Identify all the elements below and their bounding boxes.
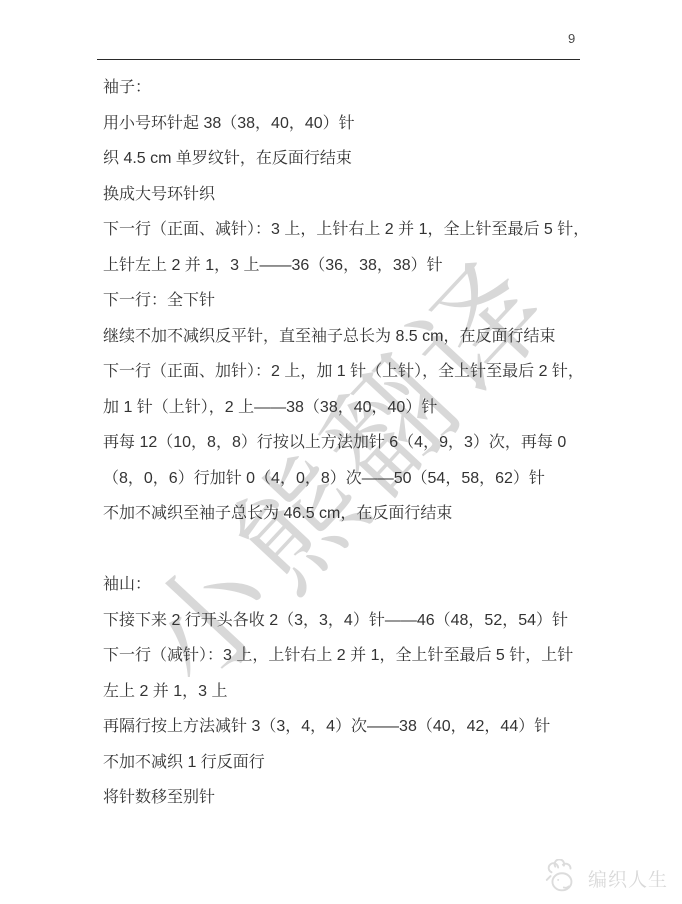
- text-line: [103, 532, 593, 568]
- text-line: 袖子：: [103, 70, 593, 106]
- text-line: 袖山：: [103, 567, 593, 603]
- text-line: 不加不减织至袖子总长为 46.5 cm，在反面行结束: [103, 496, 593, 532]
- sheep-icon: [542, 859, 580, 897]
- text-line: 下一行：全下针: [103, 283, 593, 319]
- text-line: 将针数移至别针: [103, 780, 593, 816]
- text-line: 上针左上 2 并 1，3 上——36（36，38，38）针: [103, 248, 593, 284]
- page-number: 9: [568, 31, 575, 46]
- text-line: 再每 12（10，8，8）行按以上方法加针 6（4，9，3）次，再每 0: [103, 425, 593, 461]
- text-line: 左上 2 并 1，3 上: [103, 674, 593, 710]
- text-line: 下一行（减针）：3 上，上针右上 2 并 1，全上针至最后 5 针，上针: [103, 638, 593, 674]
- header-rule: [97, 59, 580, 60]
- document-page: 9 小熊翻译 袖子：用小号环针起 38（38，40，40）针织 4.5 cm 单…: [0, 0, 682, 904]
- document-lines: 袖子：用小号环针起 38（38，40，40）针织 4.5 cm 单罗纹针，在反面…: [103, 70, 593, 816]
- text-line: 下接下来 2 行开头各收 2（3，3，4）针——46（48，52，54）针: [103, 603, 593, 639]
- text-line: 下一行（正面、减针）：3 上，上针右上 2 并 1，全上针至最后 5 针，: [103, 212, 593, 248]
- text-line: 不加不减织 1 行反面行: [103, 745, 593, 781]
- text-line: 用小号环针起 38（38，40，40）针: [103, 106, 593, 142]
- text-line: 下一行（正面、加针）：2 上，加 1 针（上针），全上针至最后 2 针，: [103, 354, 593, 390]
- brand-name: 编织人生: [588, 865, 668, 892]
- text-line: （8，0，6）行加针 0（4，0，8）次——50（54，58，62）针: [103, 461, 593, 497]
- brand-logo: 编织人生: [542, 858, 668, 898]
- text-line: 再隔行按上方法减针 3（3，4，4）次——38（40，42，44）针: [103, 709, 593, 745]
- text-line: 加 1 针（上针），2 上——38（38，40，40）针: [103, 390, 593, 426]
- text-line: 织 4.5 cm 单罗纹针，在反面行结束: [103, 141, 593, 177]
- text-line: 继续不加不减织反平针，直至袖子总长为 8.5 cm，在反面行结束: [103, 319, 593, 355]
- text-line: 换成大号环针织: [103, 177, 593, 213]
